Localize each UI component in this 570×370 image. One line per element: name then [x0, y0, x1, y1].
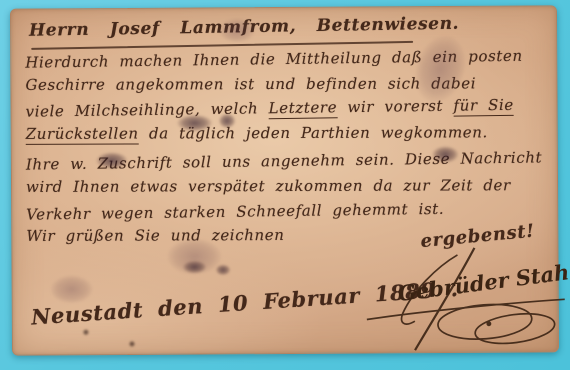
- ink-dot: [83, 329, 89, 335]
- handwritten-segment: wir vorerst: [337, 97, 454, 117]
- handwritten-segment: Verkehr wegen starken Schneefall gehemmt…: [26, 199, 444, 223]
- signature-svg: Gebrüder Stahl: [362, 244, 568, 353]
- handwritten-segment: für Sie: [453, 96, 514, 117]
- ink-dot: [129, 341, 135, 347]
- handwritten-segment: Hierdurch machen Ihnen die Mittheilung d…: [25, 47, 523, 72]
- handwritten-segment: Wir grüßen Sie und zeichnen: [26, 226, 284, 245]
- ink-blot: [216, 264, 231, 275]
- scan-background: Herrn Josef Lammfrom, Bettenwiesen. Hier…: [0, 0, 570, 370]
- handwritten-segment: Ihre w. Zuschrift soll uns angenehm sein…: [26, 149, 543, 174]
- handwritten-segment: Geschirre angekommen ist und befinden si…: [25, 74, 476, 94]
- recipient-header: Herrn Josef Lammfrom, Bettenwiesen.: [29, 14, 459, 41]
- handwritten-segment: da täglich jeden Parthien wegkommen.: [139, 123, 488, 142]
- handwritten-line: Zurückstellen da täglich jeden Parthien …: [26, 123, 551, 149]
- postcard: Herrn Josef Lammfrom, Bettenwiesen. Hier…: [10, 5, 559, 355]
- ink-blot: [51, 275, 93, 303]
- handwritten-segment: Letztere: [268, 98, 337, 119]
- handwritten-segment: wird Ihnen etwas verspätet zukommen da z…: [26, 176, 511, 196]
- handwritten-segment: viele Milchseihlinge, welch: [25, 99, 268, 120]
- body-lines: Hierdurch machen Ihnen die Mittheilung d…: [25, 48, 551, 252]
- signature-text: Gebrüder Stahl: [396, 258, 568, 306]
- handwritten-segment: Zurückstellen: [26, 124, 139, 144]
- ink-blot: [182, 260, 206, 273]
